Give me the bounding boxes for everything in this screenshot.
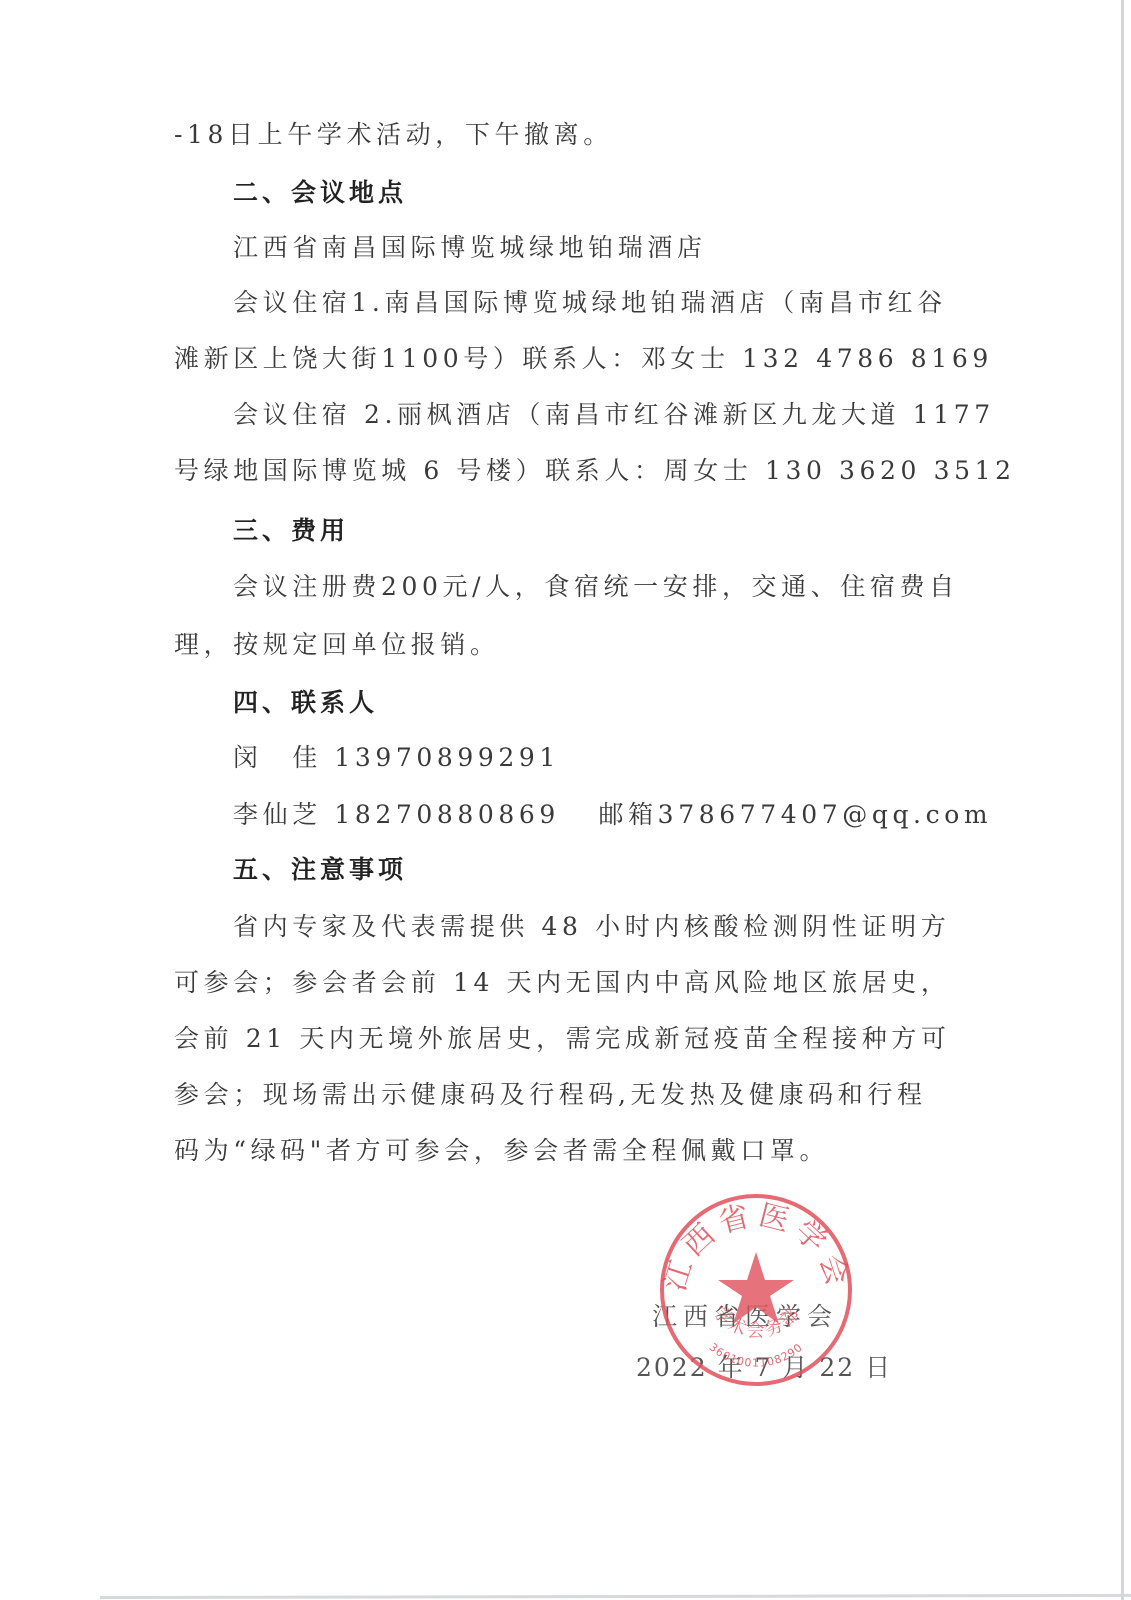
hotel1-line-2: 滩新区上饶大街1100号）联系人：邓女士 132 4786 8169: [174, 344, 944, 374]
hotel2-line-2: 号绿地国际博览城 6 号楼）联系人：周女士 130 3620 3512: [174, 456, 944, 486]
note-line-3: 会前 21 天内无境外旅居史，需完成新冠疫苗全程接种方可: [174, 1024, 944, 1054]
hotel2-line-1: 会议住宿 2.丽枫酒店（南昌市红谷滩新区九龙大道 1177: [233, 400, 1003, 430]
contact-row-1: 闵 佳 13970899291: [233, 743, 1003, 773]
section-heading-venue: 二、会议地点: [233, 178, 1003, 208]
contact-email: 邮箱378677407@qq.com: [598, 800, 992, 829]
fee-line-1: 会议注册费200元/人，食宿统一安排，交通、住宿费自: [233, 572, 1003, 602]
scan-edge: [1121, 0, 1124, 1600]
note-line-5: 码为“绿码"者方可参会，参会者需全程佩戴口罩。: [174, 1136, 944, 1166]
fee-line-2: 理，按规定回单位报销。: [174, 630, 944, 660]
section-heading-contacts: 四、联系人: [233, 688, 1003, 718]
section-heading-fees: 三、费用: [233, 516, 1003, 546]
section-heading-notes: 五、注意事项: [233, 855, 1003, 885]
official-seal-icon: 江西省医学会 学术会务部 3601001108290: [656, 1190, 856, 1390]
contact-phone: 13970899291: [334, 743, 560, 772]
contact-row-2: 李仙芝 18270880869 邮箱378677407@qq.com: [233, 800, 1003, 830]
scan-edge: [100, 1594, 1131, 1599]
note-line-4: 参会；现场需出示健康码及行程码,无发热及健康码和行程: [174, 1080, 944, 1110]
document-page: -18日上午学术活动，下午撤离。 二、会议地点 江西省南昌国际博览城绿地铂瑞酒店…: [0, 0, 1131, 1600]
schedule-line: -18日上午学术活动，下午撤离。: [174, 120, 944, 150]
contact-phone: 18270880869: [334, 800, 560, 829]
svg-text:学术会务部: 学术会务部: [708, 1302, 805, 1342]
contact-name: 闵 佳: [233, 743, 322, 772]
svg-text:3601001108290: 3601001108290: [707, 1341, 806, 1370]
contact-name: 李仙芝: [233, 800, 322, 829]
note-line-2: 可参会；参会者会前 14 天内无国内中高风险地区旅居史，: [174, 968, 944, 998]
hotel1-line-1: 会议住宿1.南昌国际博览城绿地铂瑞酒店（南昌市红谷: [233, 288, 1003, 318]
note-line-1: 省内专家及代表需提供 48 小时内核酸检测阴性证明方: [233, 912, 1003, 942]
venue-line: 江西省南昌国际博览城绿地铂瑞酒店: [233, 233, 1003, 263]
